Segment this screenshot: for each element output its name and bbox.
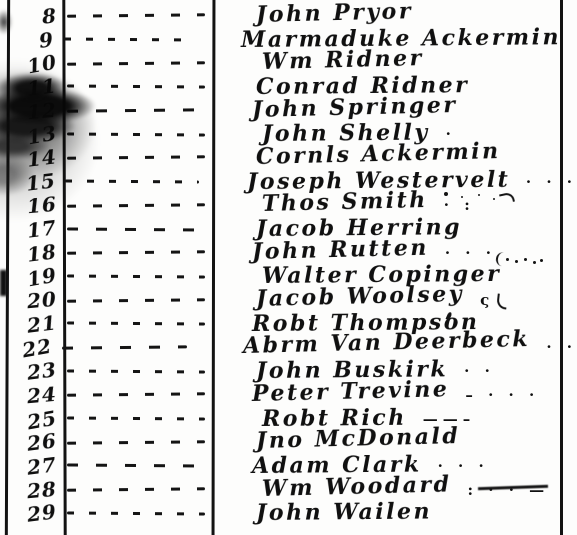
ledger-row: 24 Peter Trevine– · · · <box>0 383 577 407</box>
number-cell: 21 <box>0 312 63 336</box>
leader-cell <box>63 322 212 325</box>
leader-cell <box>63 251 212 254</box>
leader-cell <box>63 417 212 420</box>
leader-cell <box>63 512 212 515</box>
leader-dashes <box>67 132 205 136</box>
number-cell: 28 <box>0 478 63 502</box>
row-number: 20 <box>26 287 58 314</box>
number-cell: 20 <box>0 288 63 312</box>
leader-dashes <box>65 180 199 184</box>
number-cell: 29 <box>0 501 63 525</box>
leader-dashes <box>67 298 205 302</box>
leader-dashes <box>67 369 205 373</box>
entry-name: John Rutten <box>252 234 429 264</box>
leader-cell <box>61 180 206 183</box>
stray-marks: ς <box>480 291 494 309</box>
leader-cell <box>63 488 212 491</box>
entry-name: Abrm Van Deerbeck <box>243 326 531 359</box>
number-cell: 23 <box>0 359 63 383</box>
leader-dashes <box>67 61 205 65</box>
ledger-row: 10 Wm Ridner <box>0 51 577 75</box>
ledger-row: 12 John Springer <box>0 99 577 123</box>
leader-dashes <box>67 440 205 444</box>
leader-cell <box>63 14 212 17</box>
leader-dashes <box>67 464 205 468</box>
leader-dashes <box>67 393 205 397</box>
number-cell: 22 <box>0 335 58 359</box>
entry-name: John Pryor <box>256 0 414 28</box>
entry-name: Thos Smith <box>262 187 428 217</box>
entry-name: Wm Woodard <box>262 471 452 502</box>
number-cell: 17 <box>0 217 63 241</box>
row-number: 21 <box>26 310 59 337</box>
leader-cell <box>63 464 212 467</box>
leader-cell <box>63 204 212 207</box>
number-cell: 14 <box>0 146 63 170</box>
number-cell: 16 <box>0 193 63 217</box>
stray-marks: · · <box>546 338 577 356</box>
leader-cell <box>63 299 212 302</box>
stray-marks: : · · — <box>468 481 550 499</box>
leader-cell <box>63 393 212 396</box>
entry-name: Cornls Ackermin <box>256 138 501 170</box>
number-cell: 13 <box>0 122 63 146</box>
leader-cell <box>63 156 212 159</box>
number-cell: 19 <box>0 264 63 288</box>
entry-name: John Springer <box>252 92 458 123</box>
row-number: 23 <box>26 357 59 384</box>
number-cell: 25 <box>0 407 63 431</box>
ledger-row: 16 Thos Smith· : <box>0 194 577 218</box>
number-cell: 18 <box>0 241 63 265</box>
row-number: 9 <box>37 27 55 53</box>
leader-cell <box>63 441 212 444</box>
leader-cell <box>63 370 212 373</box>
number-cell: 27 <box>0 454 63 478</box>
row-number: 29 <box>26 500 59 527</box>
number-cell: 8 <box>0 4 63 28</box>
ledger-rows: 8 John Pryor 9 Marmaduke Ackermin 10 Wm … <box>0 4 577 525</box>
leader-cell <box>58 346 194 349</box>
ledger-row: 28 Wm Woodard: · · — <box>0 478 577 502</box>
stray-marks: · · · <box>445 244 496 262</box>
ledger-row: 26 Jno McDonald <box>0 430 577 454</box>
leader-dashes <box>67 14 205 18</box>
name-cell: John Wailen <box>212 500 577 526</box>
leader-dashes <box>67 227 205 231</box>
entry-name: Peter Trevine <box>252 376 450 407</box>
entry-name: John Wailen <box>256 499 432 527</box>
number-cell: 12 <box>0 99 63 123</box>
leader-dashes <box>67 322 205 326</box>
row-number: 27 <box>26 452 59 479</box>
leader-cell <box>63 133 212 136</box>
stray-marks: – · · · <box>465 386 539 404</box>
ledger-row: 22 Abrm Van Deerbeck· · <box>0 336 577 360</box>
entry-name: Jacob Woolsey <box>256 281 465 312</box>
number-cell: 9 <box>0 28 60 52</box>
leader-cell <box>63 109 212 112</box>
leader-cell <box>63 275 212 278</box>
leader-dashes <box>67 108 205 112</box>
ledger-row: 29 John Wailen <box>0 501 577 525</box>
number-cell: 26 <box>0 430 63 454</box>
leader-dashes <box>67 274 205 278</box>
number-cell: 24 <box>0 383 63 407</box>
row-number: 11 <box>26 73 59 100</box>
leader-dashes <box>67 203 205 207</box>
number-cell: 11 <box>0 75 63 99</box>
row-number: 24 <box>26 382 58 409</box>
leader-cell <box>63 228 212 231</box>
leader-dashes <box>67 85 205 89</box>
leader-dashes <box>64 38 194 42</box>
leader-dashes <box>67 511 205 515</box>
stray-marks: · · <box>464 362 495 380</box>
entry-name: Jno McDonald <box>256 423 461 454</box>
number-cell: 15 <box>0 170 61 194</box>
ledger-row: 20 Jacob Woolseyς <box>0 288 577 312</box>
leader-cell <box>60 38 201 41</box>
leader-dashes <box>61 345 186 349</box>
leader-dashes <box>67 250 205 254</box>
leader-cell <box>63 62 212 65</box>
row-number: 8 <box>41 3 58 28</box>
entry-name: Wm Ridner <box>262 45 424 75</box>
stray-marks: · : <box>444 196 475 214</box>
number-cell: 10 <box>0 51 63 75</box>
ledger-row: 27 Adam Clark· · · <box>0 454 577 478</box>
scanned-ledger-page: 8 John Pryor 9 Marmaduke Ackermin 10 Wm … <box>0 0 577 535</box>
leader-dashes <box>67 156 205 160</box>
leader-cell <box>63 85 212 88</box>
leader-dashes <box>67 416 205 420</box>
leader-dashes <box>67 487 205 491</box>
stray-marks: · · · <box>526 173 577 191</box>
